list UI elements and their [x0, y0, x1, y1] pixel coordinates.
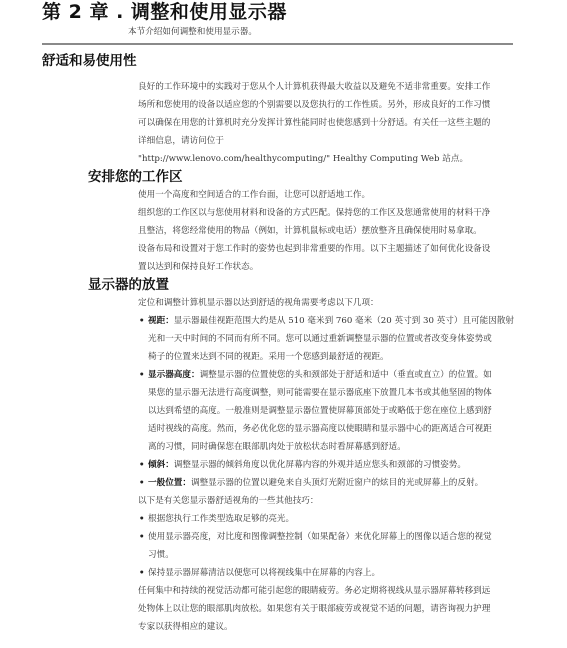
bullet-icon: • [139, 312, 145, 330]
monitor-intro: 定位和调整计算机显示器以达到舒适的视角需要考虑以下几项： [138, 294, 516, 312]
chapter-title: 第 2 章 . 调整和使用显示器 [42, 0, 287, 24]
tips-intro: 以下是有关您显示器舒适视角的一些其他技巧： [138, 492, 516, 510]
text-line: 组织您的工作区以与您使用材料和设备的方式匹配。保持您的工作区及您通常使用的材料干… [138, 204, 516, 222]
section-heading-monitor: 显示器的放置 [88, 276, 169, 294]
text-line: 果您的显示器无法进行高度调整，则可能需要在显示器底座下放置几本书或其他坚固的物体 [148, 384, 516, 402]
list-item-tip: • 根据您执行工作类型选取足够的亮光。 [138, 510, 516, 528]
text-line: 保持显示器屏幕清洁以便您可以将视线集中在屏幕的内容上。 [148, 564, 516, 582]
text-line: 习惯。 [148, 546, 516, 564]
text-line: 场所和您使用的设备以适应您的个别需要以及您执行的工作性质。另外，形成良好的工作习… [138, 96, 516, 114]
workspace-paragraph: 使用一个高度和空间适合的工作台面，让您可以舒适地工作。 组织您的工作区以与您使用… [138, 186, 516, 276]
bullet-icon: • [139, 510, 145, 528]
text-line: 详细信息，请访问位于 [138, 132, 516, 150]
text-line: 以达到希望的高度。一般准则是调整显示器位置使屏幕顶部处于或略低于您在座位上感到舒 [148, 402, 516, 420]
chapter-intro: 本节介绍如何调整和使用显示器。 [128, 26, 257, 38]
comfort-paragraph: 良好的工作环境中的实践对于您从个人计算机获得最大收益以及避免不适非常重要。安排工… [138, 78, 516, 168]
text-line: 任何集中和持续的视觉活动都可能引起您的眼睛疲劳。务必定期将视线从显示器屏幕转移到… [138, 582, 516, 600]
bullet-icon: • [139, 564, 145, 582]
text-line: 调整显示器的倾斜角度以优化屏幕内容的外观并适应您头和颈部的习惯姿势。 [174, 460, 466, 470]
term-label: 一般位置： [148, 478, 191, 488]
text-line: 处物体上以让您的眼部肌肉放松。如果您有关于眼部疲劳或视觉不适的问题，请咨询视力护… [138, 600, 516, 618]
list-item-tip: • 保持显示器屏幕清洁以便您可以将视线集中在屏幕的内容上。 [138, 564, 516, 582]
text-line: 离的习惯，同时确保您在眼部肌肉处于放松状态时看屏幕感到舒适。 [148, 438, 516, 456]
text-line: 适时视线的高度。然而，务必优化您的显示器高度以使眼睛和显示器中心的距离适合可视距 [148, 420, 516, 438]
tips-list: • 根据您执行工作类型选取足够的亮光。 • 使用显示器亮度，对比度和图像调整控制… [138, 510, 516, 582]
bullet-icon: • [139, 456, 145, 474]
bullet-icon: • [139, 474, 145, 492]
term-label: 倾斜： [148, 460, 174, 470]
text-line: 椅子的位置来达到不同的视距。采用一个您感到最舒适的视距。 [148, 348, 516, 366]
text-line: 可以确保在用您的计算机时充分发挥计算性能同时也使您感到十分舒适。有关任一这些主题… [138, 114, 516, 132]
text-line: 光和一天中时间的不同而有所不同。您可以通过重新调整显示器的位置或者改变身体姿势或 [148, 330, 516, 348]
list-item-general-position: • 一般位置：调整显示器的位置以避免来自头顶灯光附近窗户的炫目的光或屏幕上的反射… [138, 474, 516, 492]
text-line: 调整显示器的位置以避免来自头顶灯光附近窗户的炫目的光或屏幕上的反射。 [191, 478, 483, 488]
text-line: 设备布局和设置对于您工作时的姿势也起到非常重要的作用。以下主题描述了如何优化设备… [138, 240, 516, 258]
list-item-viewing-distance: • 视距：显示器最佳视距范围大约是从 510 毫米到 760 毫米（20 英寸到… [138, 312, 516, 366]
term-label: 显示器高度： [148, 370, 200, 380]
header-divider [42, 43, 513, 45]
list-item-tip: • 使用显示器亮度，对比度和图像调整控制（如果配备）来优化屏幕上的图像以适合您的… [138, 528, 516, 564]
text-line: 调整显示器的位置使您的头和颈部处于舒适和适中（垂直或直立）的位置。如 [200, 370, 492, 380]
text-line: 使用显示器亮度，对比度和图像调整控制（如果配备）来优化屏幕上的图像以适合您的视觉 [148, 528, 516, 546]
section-heading-workspace: 安排您的工作区 [88, 168, 183, 186]
healthy-computing-link-line: "http://www.lenovo.com/healthycomputing/… [138, 150, 516, 168]
text-line: 专家以获得相应的建议。 [138, 618, 516, 636]
monitor-content: 定位和调整计算机显示器以达到舒适的视角需要考虑以下几项： • 视距：显示器最佳视… [138, 294, 516, 636]
list-item-tilt: • 倾斜：调整显示器的倾斜角度以优化屏幕内容的外观并适应您头和颈部的习惯姿势。 [138, 456, 516, 474]
monitor-factors-list: • 视距：显示器最佳视距范围大约是从 510 毫米到 760 毫米（20 英寸到… [138, 312, 516, 492]
bullet-icon: • [139, 366, 145, 384]
text-line: 使用一个高度和空间适合的工作台面，让您可以舒适地工作。 [138, 186, 516, 204]
text-line: 良好的工作环境中的实践对于您从个人计算机获得最大收益以及避免不适非常重要。安排工… [138, 78, 516, 96]
text-line: 置以达到和保持良好工作状态。 [138, 258, 516, 276]
list-item-monitor-height: • 显示器高度：调整显示器的位置使您的头和颈部处于舒适和适中（垂直或直立）的位置… [138, 366, 516, 456]
section-heading-comfort: 舒适和易使用性 [42, 52, 137, 70]
text-line: 显示器最佳视距范围大约是从 510 毫米到 760 毫米（20 英寸到 30 英… [174, 316, 514, 326]
text-line: 且整洁，将您经常使用的物品（例如，计算机鼠标或电话）摆放整齐且确保使用时易拿取。 [138, 222, 516, 240]
bullet-icon: • [139, 528, 145, 546]
text-line: 根据您执行工作类型选取足够的亮光。 [148, 510, 516, 528]
term-label: 视距： [148, 316, 174, 326]
